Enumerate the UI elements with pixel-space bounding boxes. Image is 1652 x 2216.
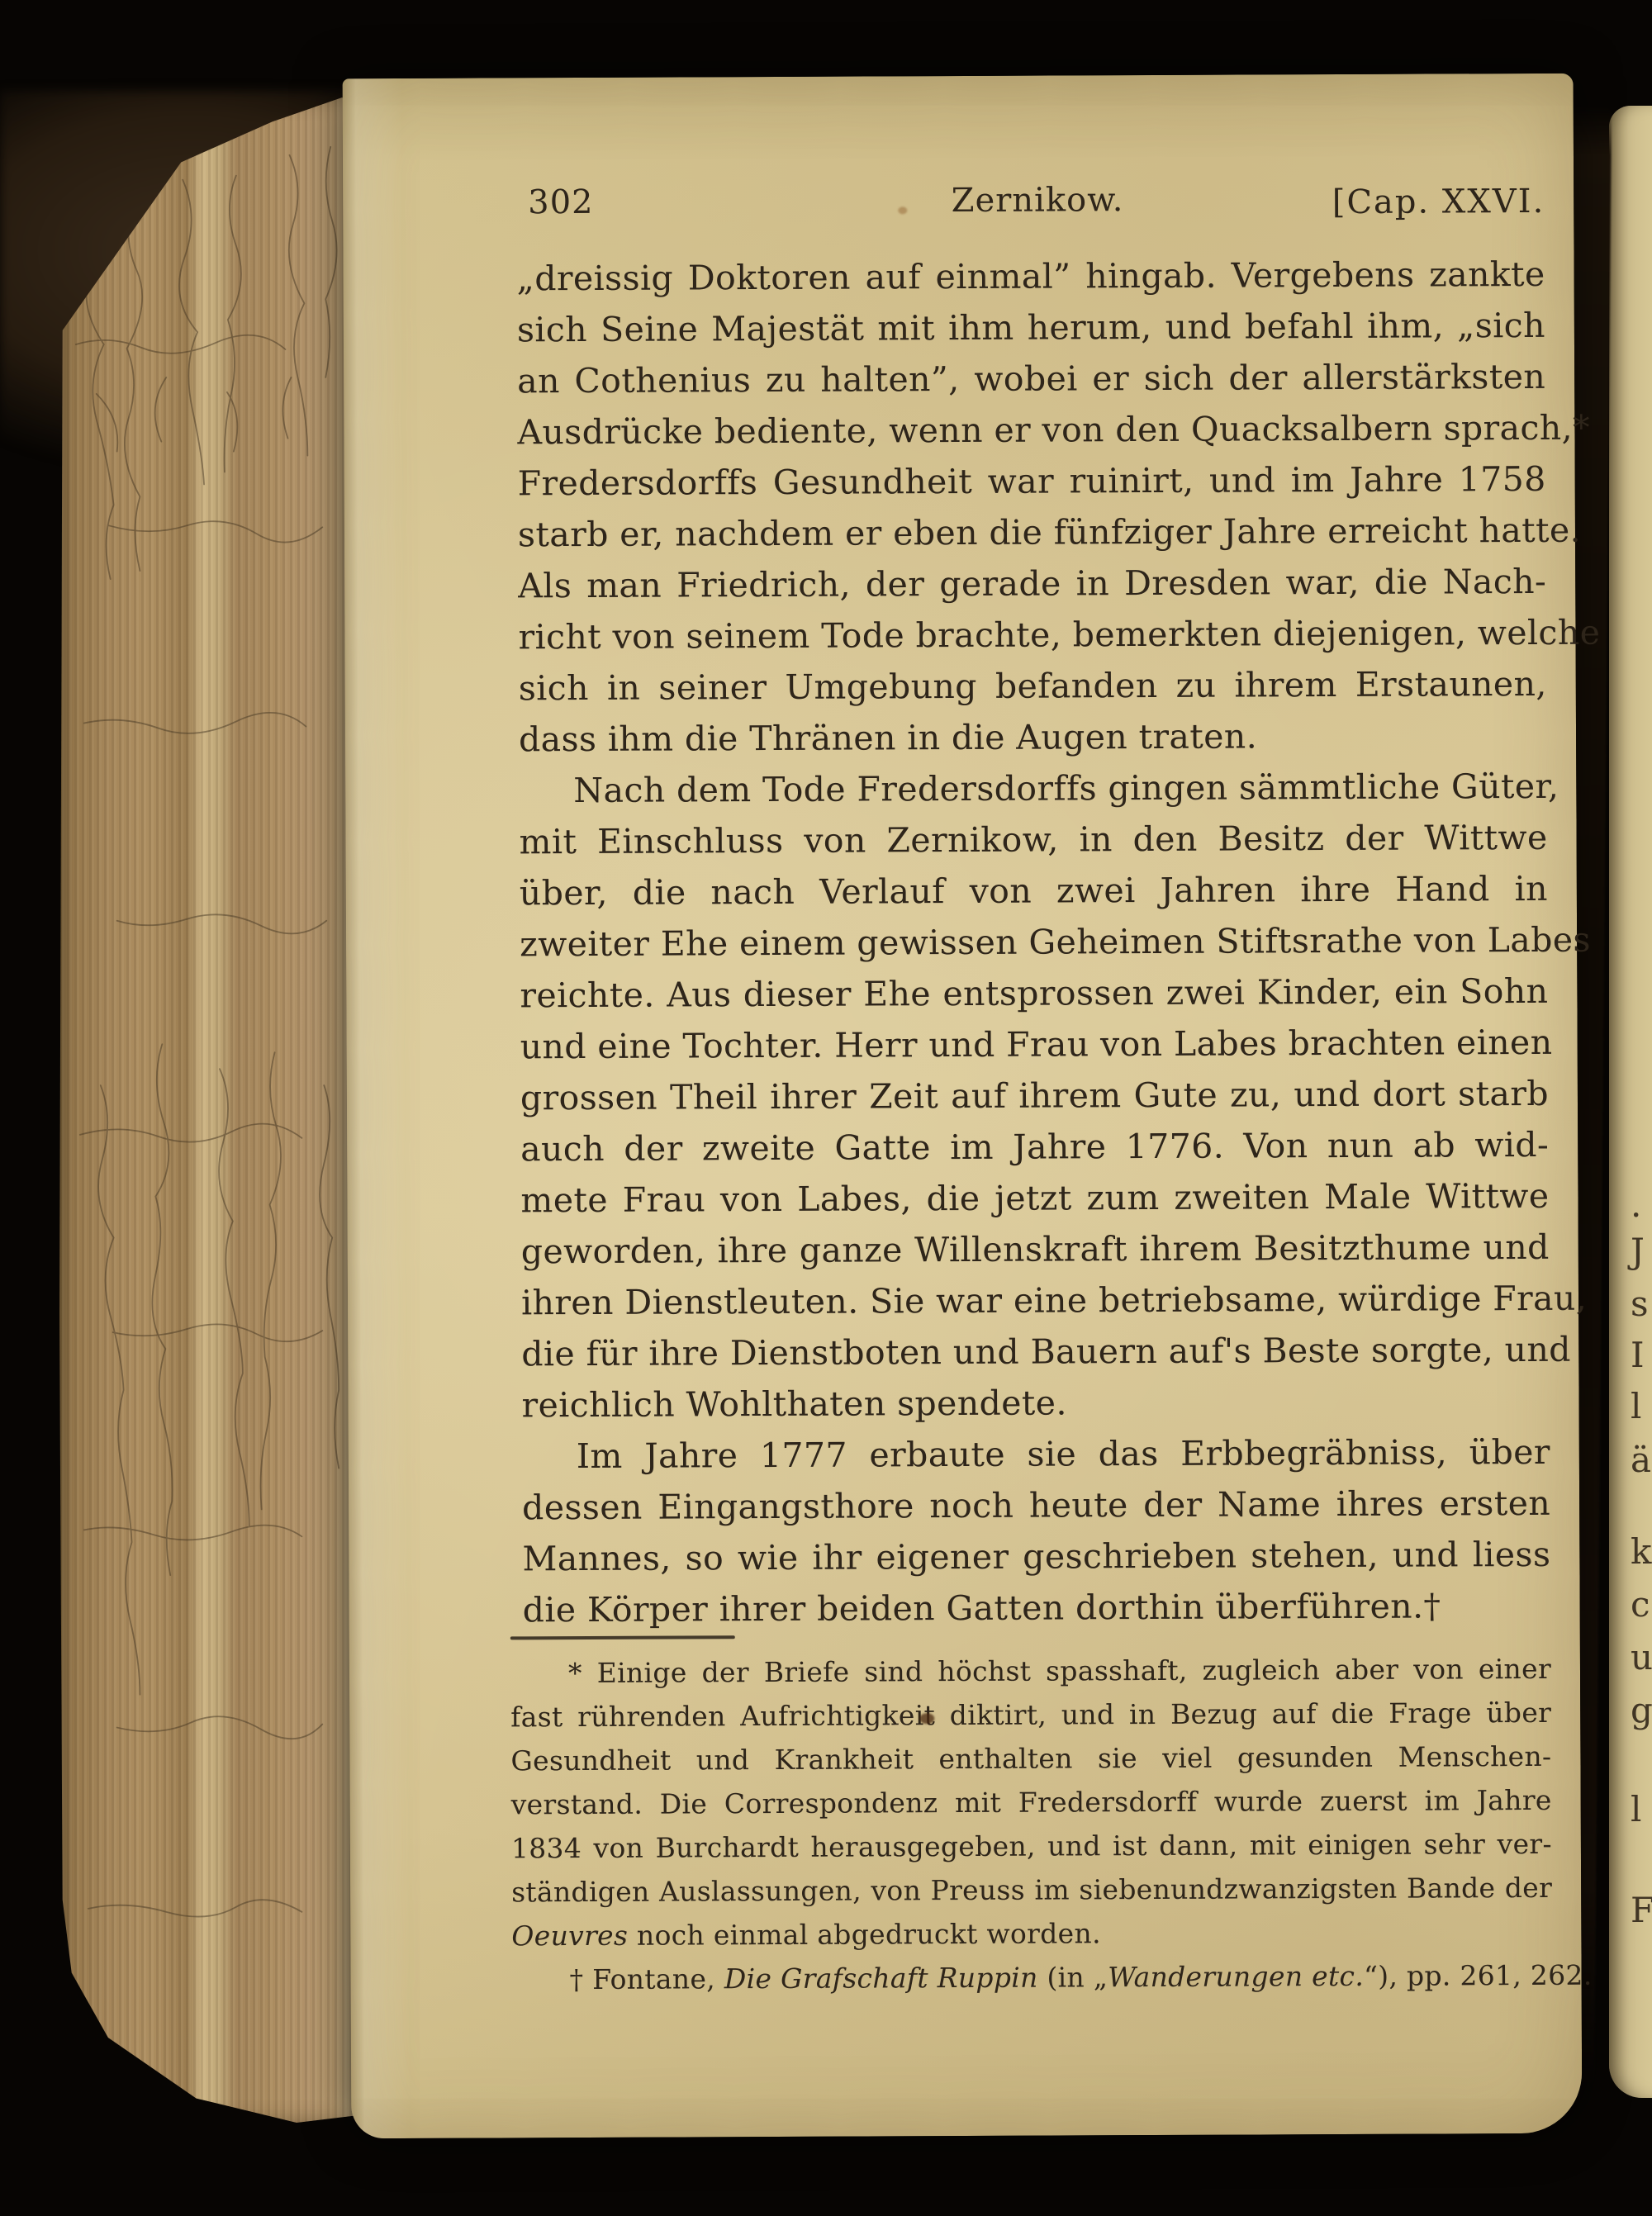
edge-letter-fragment: k	[1631, 1535, 1651, 1569]
edge-letter-fragment: l	[1631, 1792, 1641, 1827]
text-line: Mannes, so wie ihr eigener geschrieben s…	[522, 1529, 1550, 1584]
text-line: über, die nach Verlauf von zwei Jahren i…	[520, 863, 1548, 918]
text-line: reichlich Wohlthaten spendete.	[521, 1375, 1550, 1431]
book-photo: .JsIläkcuglF 302 Zernikow. [Cap. XXVI. „…	[0, 0, 1652, 2216]
text-line: mit Einschluss von Zernikow, in den Besi…	[519, 812, 1547, 867]
edge-letter-fragment: J	[1631, 1234, 1645, 1269]
edge-letter-fragment: g	[1631, 1693, 1652, 1728]
footnotes: * Einige der Briefe sind höchst spasshaf…	[510, 1647, 1553, 2001]
page-number: 302	[528, 183, 594, 221]
footnote-line: fast rührenden Aufrichtigkeit diktirt, u…	[510, 1691, 1551, 1739]
text-line: Ausdrücke bediente, wenn er von den Quac…	[517, 402, 1545, 458]
fore-edge-marbling	[59, 97, 363, 2123]
ink-blot	[919, 1713, 934, 1724]
footnote-rule	[510, 1635, 735, 1639]
footnote-line: * Einige der Briefe sind höchst spasshaf…	[510, 1647, 1551, 1695]
body-text: „dreissig Doktoren auf einmal” hingab. V…	[516, 249, 1550, 1635]
footnote-line: † Fontane, Die Grafschaft Ruppin (in „Wa…	[511, 1953, 1552, 2001]
edge-letter-fragment: s	[1631, 1287, 1649, 1322]
book-fore-edge	[59, 97, 363, 2123]
text-line: reichte. Aus dieser Ehe entsprossen zwei…	[520, 966, 1548, 1021]
footnote-line: ständigen Auslassungen, von Preuss im si…	[511, 1866, 1552, 1914]
chapter-label: [Cap. XXVI.	[1332, 183, 1545, 221]
book-page: 302 Zernikow. [Cap. XXVI. „dreissig Dokt…	[343, 74, 1583, 2138]
edge-letter-fragment: c	[1631, 1587, 1650, 1622]
text-line: ihren Dienstleuten. Sie war eine betrieb…	[521, 1273, 1550, 1328]
text-line: an Cothenius zu halten”, wobei er sich d…	[517, 351, 1545, 406]
text-line: Als man Friedrich, der gerade in Dresden…	[518, 556, 1546, 611]
text-line: und eine Tochter. Herr und Frau von Labe…	[520, 1017, 1549, 1072]
footnote-line: Oeuvres noch einmal abgedruckt worden.	[511, 1910, 1552, 1957]
text-line: Nach dem Tode Fredersdorffs gingen sämmt…	[519, 761, 1547, 816]
text-line: richt von seinem Tode brachte, bemerkten…	[518, 607, 1546, 662]
footnote-line: Gesundheit und Krankheit enthalten sie v…	[510, 1734, 1551, 1782]
text-line: grossen Theil ihrer Zeit auf ihrem Gute …	[520, 1068, 1549, 1123]
text-line: dass ihm die Thränen in die Augen traten…	[519, 709, 1547, 765]
edge-letter-fragment: I	[1631, 1338, 1645, 1373]
text-line: die für ihre Dienstboten und Bauern auf'…	[521, 1324, 1550, 1379]
text-line: zweiter Ehe einem gewissen Geheimen Stif…	[520, 914, 1548, 970]
edge-letter-fragment: l	[1631, 1389, 1641, 1424]
text-line: Im Jahre 1777 erbaute sie das Erbbegräbn…	[522, 1426, 1550, 1482]
paper-stain	[898, 206, 907, 214]
running-header: 302 Zernikow. [Cap. XXVI.	[516, 179, 1545, 225]
footnote-line: verstand. Die Correspondenz mit Fredersd…	[511, 1778, 1552, 1826]
text-line: starb er, nachdem er eben die fünfziger …	[518, 505, 1546, 560]
edge-letter-fragment: ä	[1631, 1443, 1651, 1478]
text-line: dessen Eingangsthore noch heute der Name…	[522, 1478, 1550, 1533]
text-line: mete Frau von Labes, die jetzt zum zweit…	[520, 1170, 1549, 1226]
facing-page-edge: .JsIläkcuglF	[1609, 106, 1652, 2098]
text-line: „dreissig Doktoren auf einmal” hingab. V…	[516, 249, 1545, 304]
text-line: sich Seine Majestät mit ihm herum, und b…	[517, 300, 1545, 355]
text-line: die Körper ihrer beiden Gatten dorthin ü…	[523, 1580, 1551, 1635]
edge-letter-fragment: F	[1631, 1893, 1652, 1928]
running-title: Zernikow.	[952, 181, 1124, 220]
edge-letter-fragment: u	[1631, 1640, 1652, 1675]
text-line: sich in seiner Umgebung befanden zu ihre…	[519, 658, 1547, 714]
text-line: Fredersdorffs Gesundheit war ruinirt, un…	[518, 453, 1546, 509]
edge-letter-fragment: .	[1631, 1188, 1641, 1222]
footnote-line: 1834 von Burchardt herausgegeben, und is…	[511, 1822, 1552, 1870]
text-line: auch der zweite Gatte im Jahre 1776. Von…	[520, 1119, 1549, 1174]
text-line: geworden, ihre ganze Willenskraft ihrem …	[521, 1222, 1550, 1277]
